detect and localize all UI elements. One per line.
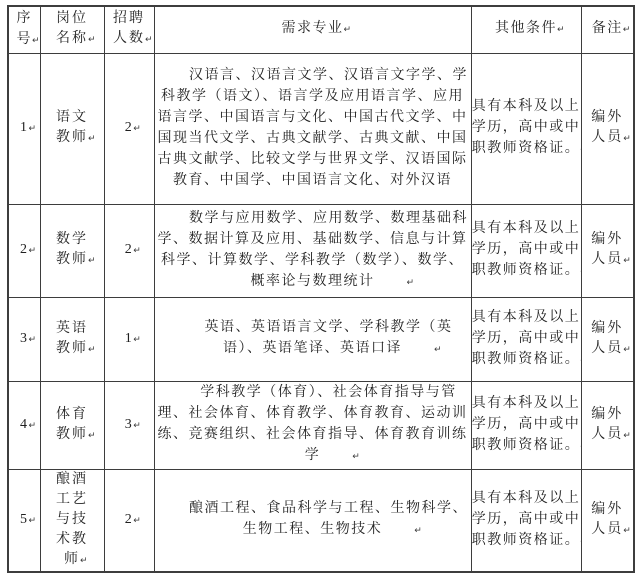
cell-note: 编外人员↵ [581, 53, 634, 204]
table-row: 4↵ 体育教师↵ 3↵ 学科教学（体育）、社会体育指导与管理、社会体育、体育教学… [8, 381, 634, 469]
recruitment-table-page: 序号↵ 岗位名称↵ 招聘人数↵ 需求专业↵ 其他条件↵ 备注↵ 1↵ 语文教师↵… [7, 5, 635, 573]
cell-note: 编外人员↵ [581, 469, 634, 572]
cell-majors: 汉语言、汉语言文学、汉语言文字学、学科教学（语文）、语言学及应用语言学、应用语言… [154, 53, 471, 204]
cell-serial: 2↵ [8, 204, 40, 297]
cell-position: 英语教师↵ [40, 297, 104, 381]
cell-position: 数学教师↵ [40, 204, 104, 297]
table-row: 1↵ 语文教师↵ 2↵ 汉语言、汉语言文学、汉语言文字学、学科教学（语文）、语言… [8, 53, 634, 204]
col-header-serial: 序号↵ [8, 6, 40, 53]
cell-count: 3↵ [104, 381, 154, 469]
header-label: 序号 [17, 11, 33, 47]
cell-position: 酿酒工艺与技术教师↵ [40, 469, 104, 572]
cell-majors: 酿酒工程、食品科学与工程、生物科学、生物工程、生物技术↵ [154, 469, 471, 572]
cell-note: 编外人员↵ [581, 381, 634, 469]
header-label: 备注 [592, 21, 623, 36]
cell-note: 编外人员↵ [581, 204, 634, 297]
col-header-count: 招聘人数↵ [104, 6, 154, 53]
header-label: 其他条件 [495, 21, 557, 36]
col-header-conditions: 其他条件↵ [471, 6, 581, 53]
cell-conditions: 具有本科及以上学历，高中或中职教师资格证。↵ [471, 297, 581, 381]
cell-conditions: 具有本科及以上学历，高中或中职教师资格证。↵ [471, 53, 581, 204]
cell-majors: 学科教学（体育）、社会体育指导与管理、社会体育、体育教学、体育教育、运动训练、竞… [154, 381, 471, 469]
table-row: 5↵ 酿酒工艺与技术教师↵ 2↵ 酿酒工程、食品科学与工程、生物科学、生物工程、… [8, 469, 634, 572]
header-row: 序号↵ 岗位名称↵ 招聘人数↵ 需求专业↵ 其他条件↵ 备注↵ [8, 6, 634, 53]
header-label: 需求专业 [282, 21, 344, 36]
table-row: 2↵ 数学教师↵ 2↵ 数学与应用数学、应用数学、数理基础科学、数据计算及应用、… [8, 204, 634, 297]
cell-position: 体育教师↵ [40, 381, 104, 469]
cell-serial: 5↵ [8, 469, 40, 572]
col-header-position: 岗位名称↵ [40, 6, 104, 53]
cell-position: 语文教师↵ [40, 53, 104, 204]
cell-serial: 4↵ [8, 381, 40, 469]
table-row: 3↵ 英语教师↵ 1↵ 英语、英语语言文学、学科教学（英语）、英语笔译、英语口译… [8, 297, 634, 381]
header-label: 岗位名称 [56, 11, 88, 46]
cell-conditions: 具有本科及以上学历，高中或中职教师资格证。↵ [471, 381, 581, 469]
cell-conditions: 具有本科及以上学历，高中或中职教师资格证。↵ [471, 204, 581, 297]
cell-conditions: 具有本科及以上学历，高中或中职教师资格证。↵ [471, 469, 581, 572]
cell-count: 2↵ [104, 204, 154, 297]
cell-count: 2↵ [104, 469, 154, 572]
cell-note: 编外人员↵ [581, 297, 634, 381]
cell-count: 2↵ [104, 53, 154, 204]
header-label: 招聘人数 [113, 11, 145, 46]
cell-majors: 数学与应用数学、应用数学、数理基础科学、数据计算及应用、基础数学、信息与计算科学… [154, 204, 471, 297]
cell-serial: 1↵ [8, 53, 40, 204]
cell-count: 1↵ [104, 297, 154, 381]
cell-serial: 3↵ [8, 297, 40, 381]
col-header-majors: 需求专业↵ [154, 6, 471, 53]
recruitment-table: 序号↵ 岗位名称↵ 招聘人数↵ 需求专业↵ 其他条件↵ 备注↵ 1↵ 语文教师↵… [7, 5, 635, 573]
cell-majors: 英语、英语语言文学、学科教学（英语）、英语笔译、英语口译↵ [154, 297, 471, 381]
col-header-note: 备注↵ [581, 6, 634, 53]
